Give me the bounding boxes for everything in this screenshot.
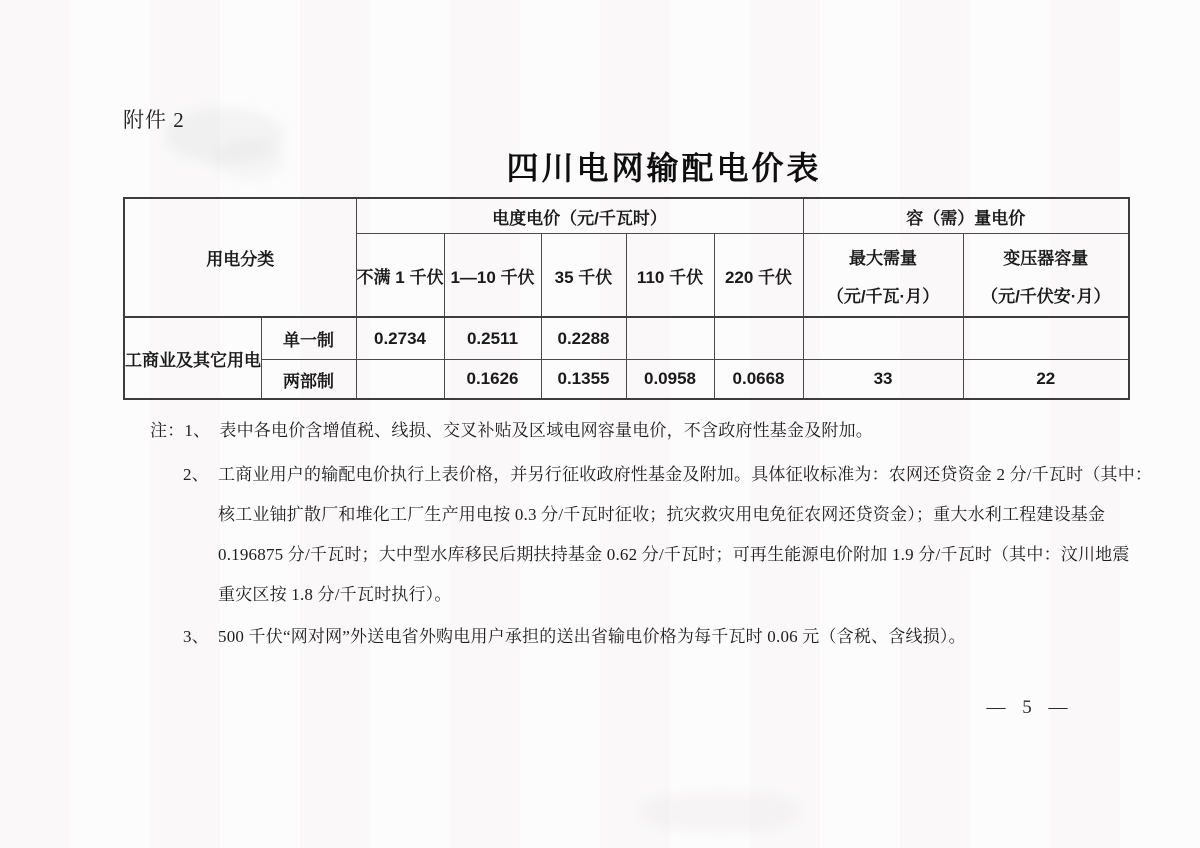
note-2-number: 2、 xyxy=(183,460,218,485)
header-max-demand-unit: （元/千瓦·月） xyxy=(804,282,963,307)
scan-smudge xyxy=(215,140,285,180)
cell-value: 0.2734 xyxy=(356,317,444,360)
notes-prefix: 注： xyxy=(150,416,184,441)
cell-value xyxy=(626,317,714,360)
cell-type: 单一制 xyxy=(261,317,356,360)
header-kv-35: 35 千伏 xyxy=(541,234,626,318)
header-capacity-price-group: 容（需）量电价 xyxy=(803,198,1129,234)
table-header-group-row: 用电分类 电度电价（元/千瓦时） 容（需）量电价 xyxy=(124,198,1129,234)
note-2-line-4: 重灾区按 1.8 分/千瓦时执行）。 xyxy=(218,580,452,605)
cell-value xyxy=(714,317,803,360)
note-2-text-line-2: 核工业铀扩散厂和堆化工厂生产用电按 0.3 分/千瓦时征收；抗灾救灾用电免征农网… xyxy=(218,505,1105,524)
note-2-line-1: 2、工商业用户的输配电价执行上表价格，并另行征收政府性基金及附加。具体征收标准为… xyxy=(183,460,1152,485)
header-max-demand: 最大需量 （元/千瓦·月） xyxy=(803,234,963,318)
cell-value: 0.0668 xyxy=(714,360,803,400)
page-number: — 5 — xyxy=(987,697,1074,719)
cell-value: 0.0958 xyxy=(626,360,714,400)
note-1-text: 表中各电价含增值税、线损、交叉补贴及区域电网容量电价，不含政府性基金及附加。 xyxy=(219,421,873,440)
cell-value xyxy=(803,317,963,360)
scan-smudge xyxy=(640,792,800,832)
note-3-number: 3、 xyxy=(183,622,218,647)
cell-type: 两部制 xyxy=(261,360,356,400)
cell-value xyxy=(963,317,1129,360)
cell-value: 0.1626 xyxy=(444,360,541,400)
price-table: 用电分类 电度电价（元/千瓦时） 容（需）量电价 不满 1 千伏 1—10 千伏… xyxy=(123,197,1130,400)
header-transformer-unit: （元/千伏安·月） xyxy=(964,282,1129,307)
cell-category: 工商业及其它用电 xyxy=(124,317,261,399)
cell-value: 0.2288 xyxy=(541,317,626,360)
header-kv-below1: 不满 1 千伏 xyxy=(356,234,444,318)
header-transformer-title: 变压器容量 xyxy=(964,244,1129,269)
header-kv-220: 220 千伏 xyxy=(714,234,803,318)
note-3-text: 500 千伏“网对网”外送电省外购电用户承担的送出省输电价格为每千瓦时 0.06… xyxy=(218,627,966,646)
page-title: 四川电网输配电价表 xyxy=(506,143,821,189)
cell-value: 33 xyxy=(803,360,963,400)
header-kv-1-10: 1—10 千伏 xyxy=(444,234,541,318)
attachment-label: 附件 2 xyxy=(123,104,185,134)
header-category: 用电分类 xyxy=(124,198,356,317)
header-kv-110: 110 千伏 xyxy=(626,234,714,318)
header-transformer-capacity: 变压器容量 （元/千伏安·月） xyxy=(963,234,1129,318)
note-1: 注：1、表中各电价含增值税、线损、交叉补贴及区域电网容量电价，不含政府性基金及附… xyxy=(150,416,873,441)
cell-value: 0.2511 xyxy=(444,317,541,360)
note-2-text-line-4: 重灾区按 1.8 分/千瓦时执行）。 xyxy=(218,585,452,604)
note-2-line-2: 核工业铀扩散厂和堆化工厂生产用电按 0.3 分/千瓦时征收；抗灾救灾用电免征农网… xyxy=(218,500,1105,525)
note-1-number: 1、 xyxy=(184,416,219,441)
note-2-line-3: 0.196875 分/千瓦时；大中型水库移民后期扶持基金 0.62 分/千瓦时；… xyxy=(218,540,1130,565)
cell-value: 22 xyxy=(963,360,1129,400)
header-max-demand-title: 最大需量 xyxy=(804,244,963,269)
note-3: 3、500 千伏“网对网”外送电省外购电用户承担的送出省输电价格为每千瓦时 0.… xyxy=(183,622,966,647)
note-2-text-line-1: 工商业用户的输配电价执行上表价格，并另行征收政府性基金及附加。具体征收标准为：农… xyxy=(218,465,1152,484)
table-row-single-system: 工商业及其它用电 单一制 0.2734 0.2511 0.2288 xyxy=(124,317,1129,360)
cell-value: 0.1355 xyxy=(541,360,626,400)
note-2-text-line-3: 0.196875 分/千瓦时；大中型水库移民后期扶持基金 0.62 分/千瓦时；… xyxy=(218,545,1130,564)
header-energy-price-group: 电度电价（元/千瓦时） xyxy=(356,198,803,234)
table-row-two-part-system: 两部制 0.1626 0.1355 0.0958 0.0668 33 22 xyxy=(124,360,1129,400)
cell-value xyxy=(356,360,444,400)
